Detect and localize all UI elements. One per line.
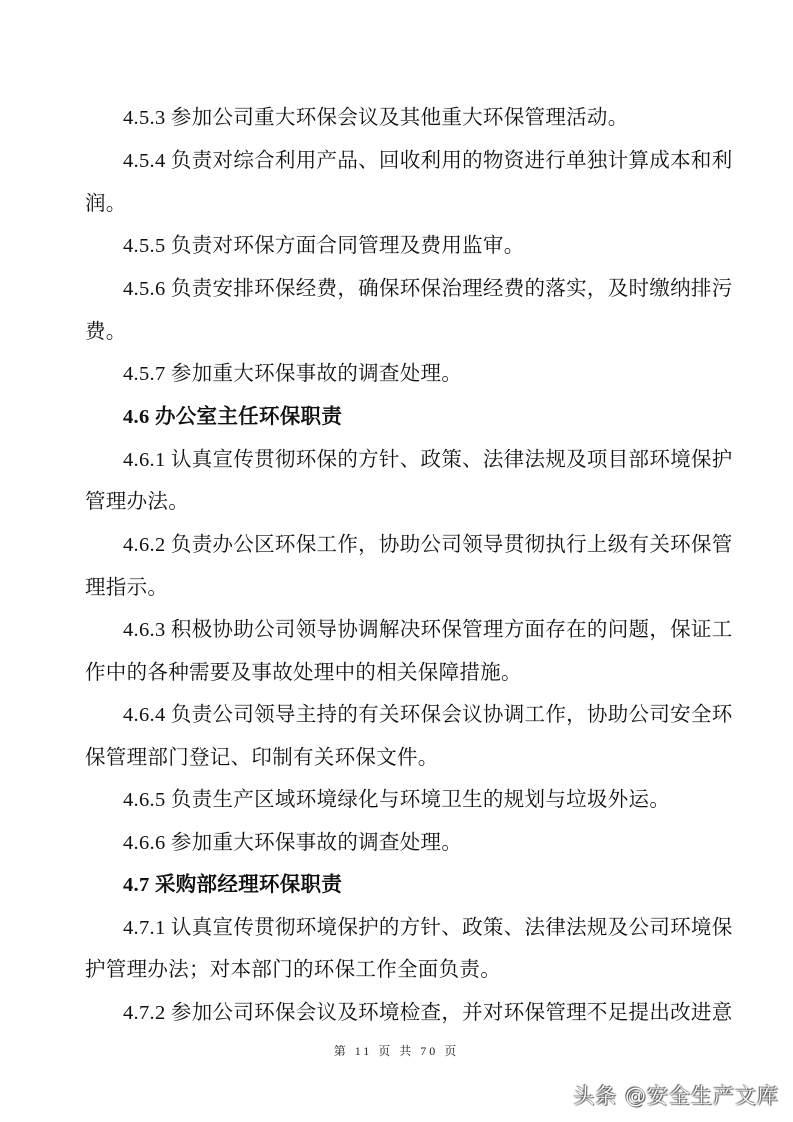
paragraph-line: 管理办法。: [85, 488, 715, 516]
paragraph-line: 4.5.3 参加公司重大环保会议及其他重大环保管理活动。: [123, 104, 753, 132]
page-footer: 第 11 页 共 70 页: [0, 1042, 793, 1059]
paragraph-line: 4.6.1 认真宣传贯彻环保的方针、政策、法律法规及项目部环境保护: [123, 446, 753, 474]
paragraph-line: 费。: [85, 318, 715, 346]
paragraph-line: 4.6.4 负责公司领导主持的有关环保会议协调工作，协助公司安全环: [123, 701, 753, 729]
document-page: 4.5.3 参加公司重大环保会议及其他重大环保管理活动。4.5.4 负责对综合利…: [0, 0, 793, 1122]
paragraph-line: 4.6.3 积极协助公司领导协调解决环保管理方面存在的问题，保证工: [123, 616, 753, 644]
paragraph-line: 4.6.2 负责办公区环保工作，协助公司领导贯彻执行上级有关环保管: [123, 531, 753, 559]
section-heading: 4.6 办公室主任环保职责: [123, 403, 753, 431]
paragraph-line: 4.7.1 认真宣传贯彻环境保护的方针、政策、法律法规及公司环境保: [123, 914, 753, 942]
paragraph-line: 保管理部门登记、印制有关环保文件。: [85, 744, 715, 772]
paragraph-line: 作中的各种需要及事故处理中的相关保障措施。: [85, 659, 715, 687]
paragraph-line: 4.6.5 负责生产区域环境绿化与环境卫生的规划与垃圾外运。: [123, 786, 753, 814]
paragraph-line: 4.5.4 负责对综合利用产品、回收利用的物资进行单独计算成本和利: [123, 147, 753, 175]
paragraph-line: 润。: [85, 190, 715, 218]
paragraph-line: 4.5.6 负责安排环保经费，确保环保治理经费的落实，及时缴纳排污: [123, 275, 753, 303]
paragraph-line: 4.6.6 参加重大环保事故的调查处理。: [123, 829, 753, 857]
paragraph-line: 护管理办法；对本部门的环保工作全面负责。: [85, 956, 715, 984]
watermark: 头条 @安全生产文库: [573, 1080, 779, 1110]
paragraph-line: 4.5.5 负责对环保方面合同管理及费用监审。: [123, 232, 753, 260]
paragraph-line: 4.7.2 参加公司环保会议及环境检查，并对环保管理不足提出改进意: [123, 999, 753, 1027]
paragraph-line: 4.5.7 参加重大环保事故的调查处理。: [123, 360, 753, 388]
paragraph-line: 理指示。: [85, 574, 715, 602]
section-heading: 4.7 采购部经理环保职责: [123, 871, 753, 899]
